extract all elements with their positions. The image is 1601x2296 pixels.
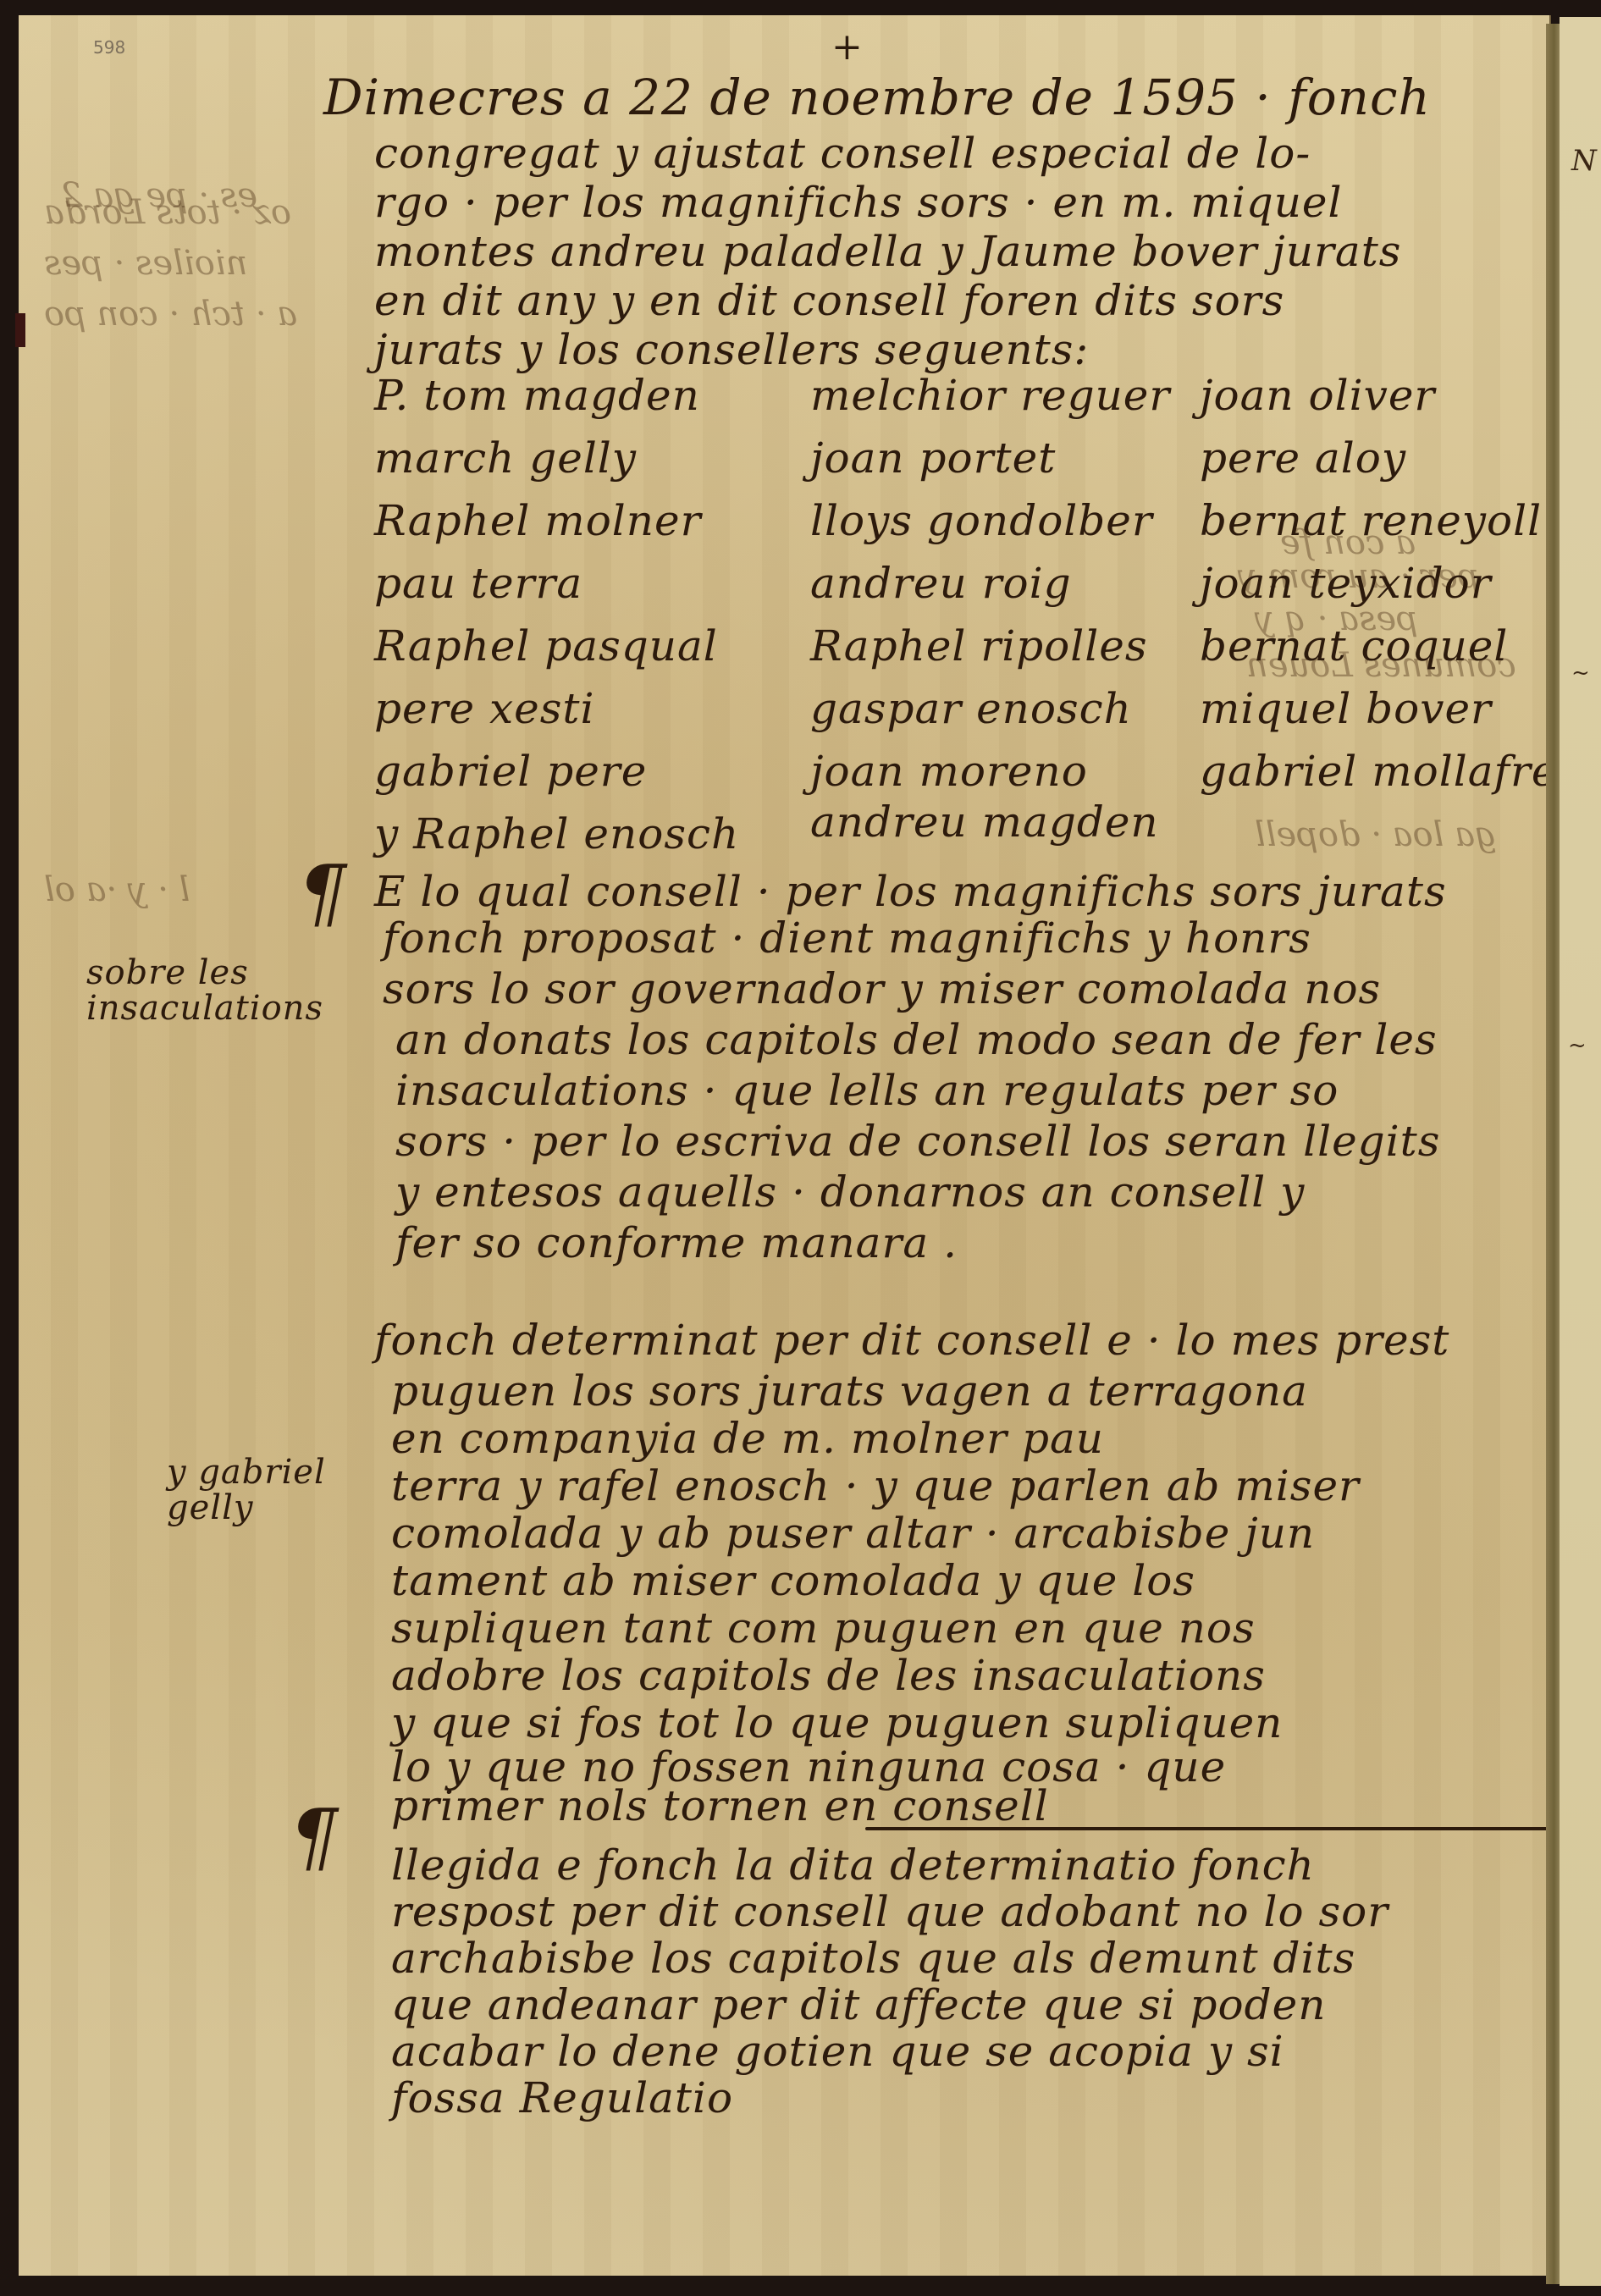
attendee-name: march gelly xyxy=(374,433,739,496)
attendee-name: Raphel ripolles xyxy=(810,621,1170,684)
paragraph-line: insaculations · que lells an regulats pe… xyxy=(395,1069,1339,1112)
paragraph-line: tament ab miser comolada y que los xyxy=(391,1559,1195,1602)
attendee-name: Raphel molner xyxy=(374,496,739,559)
heading-line: jurats y los consellers seguents: xyxy=(374,328,1089,371)
paragraph-line: llegida e fonch la dita determinatio fon… xyxy=(391,1844,1315,1886)
paragraph-mark-icon: ¶ xyxy=(298,849,347,938)
paragraph-line: y entesos aquells · donarnos an consell … xyxy=(395,1171,1305,1213)
heading-line: rgo · per los magnifichs sors · en m. mi… xyxy=(374,181,1343,224)
attendee-name: bernat coquel xyxy=(1200,621,1558,684)
attendee-name: y Raphel enosch xyxy=(374,809,739,872)
cross-mark-icon: + xyxy=(831,25,864,69)
paragraph-line: y que si fos tot lo que puguen supliquen xyxy=(391,1702,1283,1744)
attendee-name: pere xesti xyxy=(374,684,739,747)
heading-line: montes andreu paladella y Jaume bover ju… xyxy=(374,230,1401,273)
attendee-name: Raphel pasqual xyxy=(374,621,739,684)
paragraph-line: primer nols tornen en consell xyxy=(391,1785,1049,1827)
paragraph-line: acabar lo dene gotien que se acopia y si xyxy=(391,2030,1284,2072)
paragraph-line: terra y rafel enosch · y que parlen ab m… xyxy=(391,1465,1360,1507)
paragraph-line: en companyia de m. molner pau xyxy=(391,1417,1104,1460)
paragraph-line: puguen los sors jurats vagen a terragona xyxy=(391,1370,1308,1412)
paragraph-line: sors lo sor governador y miser comolada … xyxy=(383,968,1381,1010)
facing-page-edge: N ~ ~ xyxy=(1560,17,1601,2286)
attendee-name: lloys gondolber xyxy=(810,496,1170,559)
attendee-name: joan moreno xyxy=(810,747,1170,798)
heading-line: en dit any y en dit consell foren dits s… xyxy=(374,279,1284,322)
bleed-through-text: oz · tots Lorda xyxy=(44,193,291,232)
paragraph-line: fonch determinat per dit consell e · lo … xyxy=(374,1319,1449,1361)
attendee-name: joan portet xyxy=(810,433,1170,496)
facing-page-ink-mark: N xyxy=(1571,144,1597,178)
attendee-name: pau terra xyxy=(374,559,739,621)
paragraph-line: supliquen tant com puguen en que nos xyxy=(391,1607,1256,1649)
attendee-column-3: joan oliver pere aloy bernat reneyoll jo… xyxy=(1200,371,1558,809)
attendee-name: pere aloy xyxy=(1200,433,1558,496)
heading-line: congregat y ajustat consell especial de … xyxy=(374,132,1311,174)
paragraph-line: respost per dit consell que adobant no l… xyxy=(391,1890,1388,1933)
paragraph-line: sors · per lo escriva de consell los ser… xyxy=(395,1120,1440,1162)
attendee-name: miquel bover xyxy=(1200,684,1558,747)
paragraph-line: que andeanar per dit affecte que si pode… xyxy=(391,1984,1326,2026)
margin-note-insaculations: sobre les insaculations xyxy=(86,955,323,1026)
paragraph-line: an donats los capitols del modo sean de … xyxy=(395,1018,1438,1061)
paragraph-line: archabisbe los capitols que als demunt d… xyxy=(391,1937,1355,1979)
bleed-through-text: nioiles · pes xyxy=(44,244,247,283)
attendee-name: gabriel mollafre xyxy=(1200,747,1558,809)
facing-page-ink-mark: ~ xyxy=(1568,1033,1587,1058)
paragraph-line: fer so conforme manara . xyxy=(395,1222,958,1264)
attendee-name: P. tom magden xyxy=(374,371,739,433)
margin-note-line: y gabriel xyxy=(167,1454,326,1490)
bleed-through-text: ga loa · dopell xyxy=(1255,815,1497,854)
attendee-name: joan oliver xyxy=(1200,371,1558,433)
paragraph-line: E lo qual consell · per los magnifichs s… xyxy=(374,870,1447,913)
margin-note-gabriel: y gabriel gelly xyxy=(167,1454,326,1526)
paragraph-line: fonch proposat · dient magnifichs y honr… xyxy=(383,917,1311,959)
paragraph-line: comolada y ab puser altar · arcabisbe ju… xyxy=(391,1512,1315,1554)
paragraph-mark-icon: ¶ xyxy=(290,1793,339,1882)
margin-note-line: gelly xyxy=(167,1490,326,1526)
attendee-name: andreu roig xyxy=(810,559,1170,621)
margin-note-line: insaculations xyxy=(86,991,323,1026)
manuscript-page: 598 es · pe ga 2 oz · tots Lorda nioiles… xyxy=(19,15,1551,2276)
facing-page-ink-mark: ~ xyxy=(1571,660,1590,686)
paragraph-line: adobre los capitols de les insaculations xyxy=(391,1654,1266,1697)
paragraph-line: fossa Regulatio xyxy=(391,2077,733,2119)
attendee-name: gaspar enosch xyxy=(810,684,1170,747)
attendee-name: bernat reneyoll xyxy=(1200,496,1558,559)
folio-number: 598 xyxy=(93,37,125,58)
bleed-through-text: l · y ·a ol xyxy=(44,870,190,909)
attendee-name: andreu magden xyxy=(810,798,1170,860)
bleed-through-text: a · tch · con po xyxy=(44,295,297,334)
attendee-name: melchior reguer xyxy=(810,371,1170,433)
attendee-column-1: P. tom magden march gelly Raphel molner … xyxy=(374,371,739,872)
heading-line: Dimecres a 22 de noembre de 1595 · fonch xyxy=(323,73,1431,122)
book-gutter xyxy=(1546,24,1560,2284)
margin-note-line: sobre les xyxy=(86,955,323,991)
attendee-name: joan teyxidor xyxy=(1200,559,1558,621)
closing-flourish xyxy=(865,1827,1560,1830)
binding-tab xyxy=(15,313,25,347)
attendee-column-2: melchior reguer joan portet lloys gondol… xyxy=(810,371,1170,860)
attendee-name: gabriel pere xyxy=(374,747,739,809)
